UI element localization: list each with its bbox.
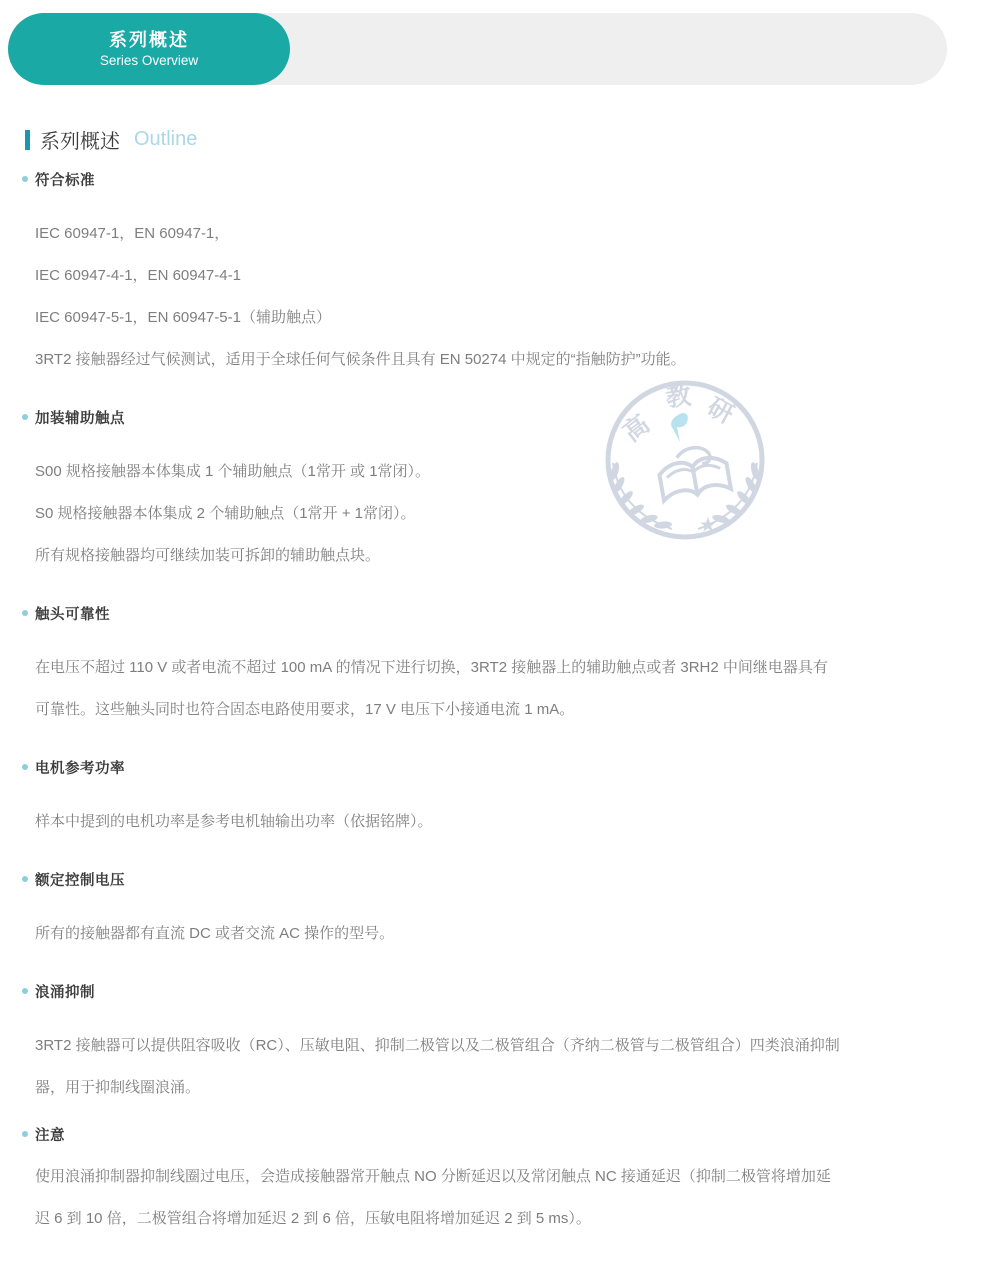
section-title: 额定控制电压 [35, 869, 125, 890]
bullet-icon [22, 988, 28, 994]
section-surge-suppression: 浪涌抑制 3RT2 接触器可以提供阻容吸收（RC）、压敏电阻、抑制二极管以及二极… [22, 981, 874, 1109]
section-title: 注意 [35, 1124, 65, 1145]
content-area: 符合标准 IEC 60947-1，EN 60947-1， IEC 60947-4… [22, 169, 874, 1240]
section-motor-power: 电机参考功率 样本中提到的电机功率是参考电机轴输出功率（依据铭牌）。 [22, 757, 874, 843]
section-contact-reliability: 触头可靠性 在电压不超过 110 V 或者电流不超过 100 mA 的情况下进行… [22, 603, 874, 731]
body-line: 使用浪涌抑制器抑制线圈过电压，会造成接触器常开触点 NO 分断延迟以及常闭触点 … [22, 1156, 874, 1198]
body-line: IEC 60947-4-1，EN 60947-4-1 [22, 255, 874, 297]
body-line: IEC 60947-5-1，EN 60947-5-1（辅助触点） [22, 297, 874, 339]
book-icon [656, 443, 731, 501]
body-line: IEC 60947-1，EN 60947-1， [22, 213, 874, 255]
page-title-en: Outline [134, 128, 197, 151]
bullet-icon [22, 876, 28, 882]
section-title: 加装辅助触点 [35, 407, 125, 428]
watermark-char: 教 [665, 382, 694, 413]
watermark-seal-icon: 高 教 研 [600, 377, 770, 547]
body-line: 迟 6 到 10 倍，二极管组合将增加延迟 2 到 6 倍，压敏电阻将增加延迟 … [22, 1198, 874, 1240]
bullet-icon [22, 1131, 28, 1137]
page-title-zh: 系列概述 [40, 125, 120, 154]
series-overview-banner: 系列概述 Series Overview [8, 13, 290, 85]
pen-icon [671, 413, 688, 442]
section-title: 触头可靠性 [35, 603, 110, 624]
section-heading: 额定控制电压 [22, 869, 874, 889]
bullet-icon [22, 176, 28, 182]
section-heading: 浪涌抑制 [22, 981, 874, 1001]
banner-title-zh: 系列概述 [109, 29, 189, 51]
body-line: 器，用于抑制线圈浪涌。 [22, 1067, 874, 1109]
body-line: 3RT2 接触器可以提供阻容吸收（RC）、压敏电阻、抑制二极管以及二极管组合（齐… [22, 1025, 874, 1067]
body-line: 3RT2 接触器经过气候测试，适用于全球任何气候条件且具有 EN 50274 中… [22, 339, 874, 381]
section-heading: 符合标准 [22, 169, 874, 189]
section-heading: 触头可靠性 [22, 603, 874, 623]
bullet-icon [22, 610, 28, 616]
accent-bar-icon [25, 130, 30, 150]
bullet-icon [22, 414, 28, 420]
section-title: 浪涌抑制 [35, 981, 95, 1002]
banner-title-en: Series Overview [100, 52, 198, 69]
body-line: 在电压不超过 110 V 或者电流不超过 100 mA 的情况下进行切换，3RT… [22, 647, 874, 689]
document-page: 系列概述 Series Overview 系列概述 Outline 符合标准 I… [0, 0, 990, 1263]
body-line: 可靠性。这些触头同时也符合固态电路使用要求，17 V 电压下小接通电流 1 mA… [22, 689, 874, 731]
section-title: 电机参考功率 [35, 757, 125, 778]
page-title: 系列概述 Outline [25, 125, 197, 154]
body-line: 所有的接触器都有直流 DC 或者交流 AC 操作的型号。 [22, 913, 874, 955]
section-control-voltage: 额定控制电压 所有的接触器都有直流 DC 或者交流 AC 操作的型号。 [22, 869, 874, 955]
section-title: 符合标准 [35, 169, 95, 190]
section-heading: 电机参考功率 [22, 757, 874, 777]
section-note: 注意 使用浪涌抑制器抑制线圈过电压，会造成接触器常开触点 NO 分断延迟以及常闭… [22, 1124, 874, 1240]
bullet-icon [22, 764, 28, 770]
section-standards: 符合标准 IEC 60947-1，EN 60947-1， IEC 60947-4… [22, 169, 874, 381]
body-line: 样本中提到的电机功率是参考电机轴输出功率（依据铭牌）。 [22, 801, 874, 843]
section-heading: 注意 [22, 1124, 874, 1144]
